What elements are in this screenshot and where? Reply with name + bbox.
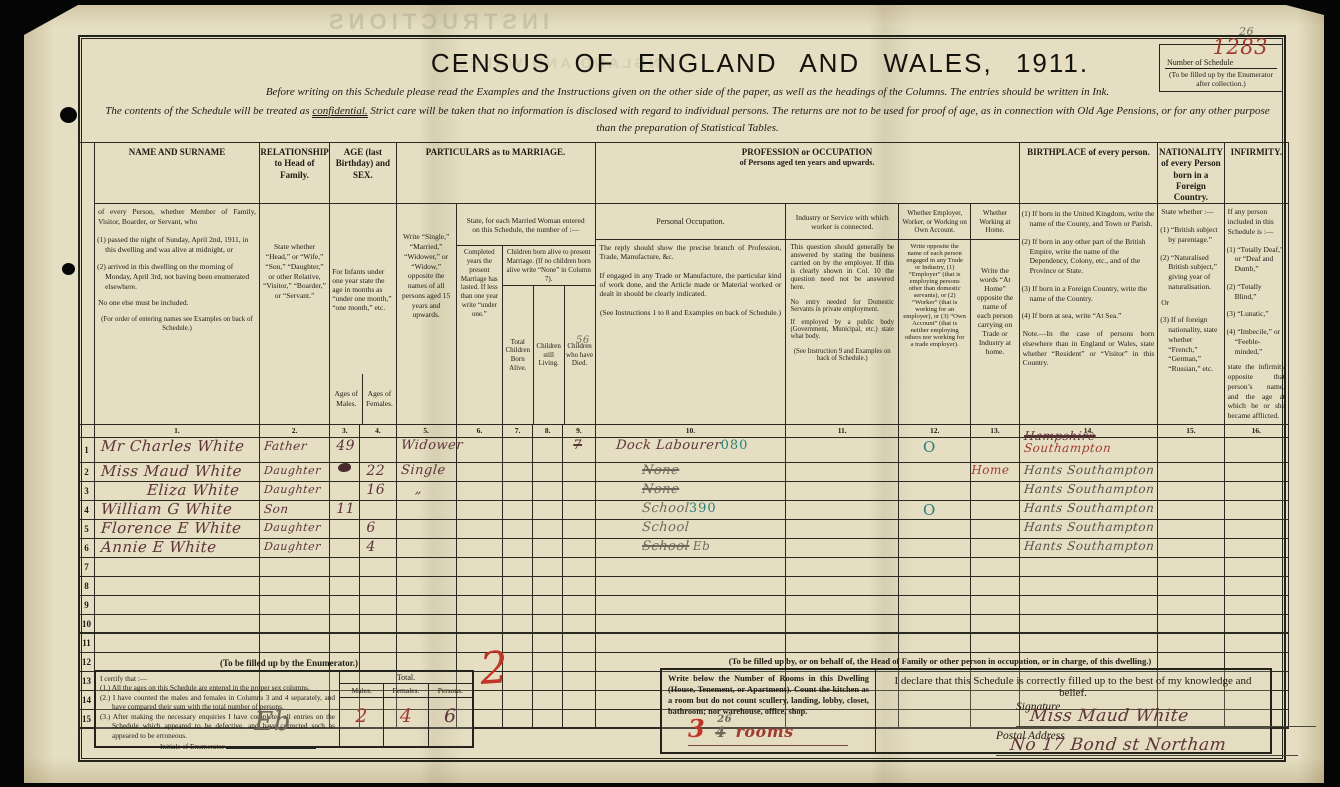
entry-relationship: Daughter (259, 463, 321, 479)
personal-occupation-subheader: Personal Occupation. (596, 204, 786, 240)
name-desc-p1: of every Person, whether Member of Famil… (95, 204, 259, 230)
declaration-cell: I declare that this Schedule is correctl… (876, 670, 1270, 752)
census-table: NAME AND SURNAME RELATIONSHIP to Head of… (78, 142, 1289, 729)
col-name-desc: of every Person, whether Member of Famil… (95, 204, 260, 425)
at-home-desc: Write the words “At Home” opposite the n… (971, 240, 1018, 359)
rooms-pencil-note: 26 (717, 713, 732, 726)
col-profession-title: PROFESSION or OCCUPATION of Persons aged… (595, 143, 1019, 204)
entry-birthplace: Hants Southampton (1019, 539, 1155, 553)
col-industry: Industry or Service with which worker is… (786, 204, 899, 425)
certify-item-2: (2.) I have counted the males and female… (100, 693, 335, 712)
entry-name: Annie E White (94, 539, 217, 556)
confidential-notice-line2: than the preparation of Statistical Tabl… (90, 122, 1285, 134)
age-females-subheader: Ages of Females. (363, 374, 395, 424)
census-schedule-paper: INSTRUCTIONS ENGLAND AND WALES Number of… (24, 5, 1324, 783)
entry-relationship: Daughter (259, 520, 321, 536)
name-desc-p4: No one else must be included. (95, 295, 259, 311)
rooms-text: Write below the Number of Rooms in this … (668, 674, 869, 716)
entry-age-female: 16 (360, 482, 385, 498)
employer-subheader: Whether Employer, Worker, or Working on … (899, 204, 970, 240)
children-born-subheader: Total Children Born Alive. (503, 286, 534, 424)
relationship-desc: State whether “Head,” or “Wife,” “Son,” … (260, 204, 329, 304)
confidential-pre: The contents of the Schedule will be tre… (105, 105, 312, 117)
birthplace-p4: (4) If born at sea, write “At Sea.” (1020, 308, 1158, 324)
totals-males-value: 2 (355, 705, 368, 727)
enumerator-certification: I certify that :— (1.) All the ages on t… (96, 672, 340, 746)
confidential-word: confidential. (312, 105, 367, 118)
nationality-p4: Or (1158, 295, 1223, 311)
name-desc-p5: (For order of entering names see Example… (95, 312, 259, 336)
col-married-woman-group: State, for each Married Woman entered on… (456, 204, 595, 425)
household-box: Write below the Number of Rooms in this … (660, 668, 1272, 754)
col-infirmity-title: INFIRMITY. (1224, 143, 1288, 204)
entry-occupation: School (595, 539, 690, 554)
nationality-p5: (3) If of foreign nationality, state whe… (1158, 312, 1223, 377)
entry-age-male: 49 (330, 438, 355, 454)
entry-name: William G White (94, 501, 233, 518)
address-handwritten: No 17 Bond st Northam (1009, 735, 1227, 755)
rooms-word: rooms (735, 722, 793, 741)
table-row: 9 (79, 595, 1289, 614)
printed-border-frame: Number of Schedule (To be filled up by t… (78, 35, 1286, 762)
industry-p3: If employed by a public body (Government… (786, 316, 898, 343)
confidential-post: Strict care will be taken that no inform… (368, 105, 1270, 117)
employer-desc: Write opposite the name of each person e… (899, 240, 970, 351)
entry-age-male: 11 (330, 501, 355, 517)
col-relationship-desc: State whether “Head,” or “Wife,” “Son,” … (259, 204, 329, 425)
entry-birthplace: Hampshire Southampton (1020, 429, 1158, 453)
entry-name: Miss Maud White (94, 463, 242, 480)
infirmity-p6: state the infirmity opposite that person… (1225, 359, 1288, 424)
entry-marriage: Widower (396, 438, 463, 454)
personal-occ-p1: The reply should show the precise branch… (596, 240, 786, 264)
enumerator-note: Eb (689, 539, 710, 553)
married-woman-desc: State, for each Married Woman entered on… (457, 204, 595, 246)
entry-birthplace: Hants Southampton (1019, 482, 1155, 496)
nationality-p3: (2) “Naturalised British subject,” givin… (1158, 250, 1223, 295)
birthplace-p2: (2) If born in any other part of the Bri… (1020, 234, 1158, 279)
entry-relationship: Father (259, 438, 308, 454)
infirmity-p3: (2) “Totally Blind,” (1225, 279, 1288, 305)
children-group-desc: Children born alive to present Marriage.… (503, 246, 595, 286)
rooms-struck-number: 264 (715, 725, 725, 741)
industry-subheader: Industry or Service with which worker is… (786, 204, 898, 240)
address-row: Postal Address No 17 Bond st Northam (996, 730, 1298, 756)
entry-birthplace-correction: Southampton (1019, 441, 1112, 455)
at-home-subheader: Whether Working at Home. (971, 204, 1018, 240)
entry-age-female: 6 (360, 520, 375, 536)
confidential-notice: The contents of the Schedule will be tre… (90, 105, 1285, 117)
rooms-handwritten: 3264rooms (688, 713, 848, 746)
row-number-column-header (79, 143, 95, 425)
table-row: 7 (79, 557, 1289, 576)
entry-name: Florence E White (94, 520, 242, 537)
table-row: 2 Miss Maud White Daughter 22 Single Non… (79, 462, 1289, 481)
punch-hole (62, 263, 75, 275)
industry-p4: (See Instruction 9 and Examples on back … (786, 345, 898, 365)
totals-table: Total. Males. Females. Persons. 2 4 6 (340, 672, 472, 746)
certify-item-1: (1.) All the ages on this Schedule are e… (100, 683, 335, 692)
col-marriage-title: PARTICULARS as to MARRIAGE. (396, 143, 595, 204)
entry-occupation: School (595, 520, 690, 535)
entry-occupation: Dock Labourer (595, 438, 721, 453)
table-row: 4 William G White Son 11 School390 O Han… (79, 500, 1289, 519)
industry-p1: This question should generally be answer… (786, 240, 898, 294)
col-personal-occupation: Personal Occupation. The reply should sh… (595, 204, 786, 425)
rooms-instruction: Write below the Number of Rooms in this … (662, 670, 876, 752)
profession-title-line: PROFESSION or OCCUPATION (596, 147, 1019, 158)
document-subtitle: Before writing on this Schedule please r… (90, 86, 1285, 98)
table-row: 8 (79, 576, 1289, 595)
enumerator-section-heading: (To be filled up by the Enumerator.) (108, 658, 470, 668)
col-age-desc: For Infants under one year state the age… (330, 204, 396, 425)
col-at-home: Whether Working at Home. Write the words… (971, 204, 1019, 425)
entry-children-died-mark: 7 (563, 438, 582, 453)
clerk-code: 080 (721, 438, 749, 453)
certify-intro: I certify that :— (100, 674, 335, 683)
entry-occupation: None (595, 482, 680, 497)
totals-females-value: 4 (400, 705, 413, 727)
marriage-years-desc: Completed years the present Marriage has… (457, 246, 503, 424)
totals-males-label: Males. (340, 684, 384, 697)
entry-age-female: 22 (360, 463, 385, 479)
age-males-subheader: Ages of Males. (330, 374, 363, 424)
entry-age-female: 4 (360, 539, 375, 555)
entry-relationship: Son (259, 501, 289, 517)
personal-occ-p3: (See Instructions 1 to 8 and Examples on… (596, 305, 786, 320)
col-nationality-title: NATIONALITY of every Person born in a Fo… (1158, 143, 1224, 204)
certify-item-3: (3.) After making the necessary enquirie… (100, 712, 335, 740)
profession-subtitle-line: of Persons aged ten years and upwards. (596, 158, 1019, 168)
infirmity-p1: If any person included in this Schedule … (1225, 204, 1288, 239)
entry-relationship: Daughter (259, 539, 321, 555)
enumerator-box: I certify that :— (1.) All the ages on t… (94, 670, 474, 748)
industry-p2: No entry needed for Domestic Servants in… (786, 296, 898, 316)
col-relationship-title: RELATIONSHIP to Head of Family. (259, 143, 329, 204)
entry-occupation: None (595, 463, 680, 478)
table-row: 10 (79, 614, 1289, 633)
totals-females-label: Females. (384, 684, 428, 697)
entry-at-home: Home (971, 463, 1009, 477)
clerk-code: 390 (689, 501, 717, 516)
address-line: No 17 Bond st Northam (996, 742, 1298, 756)
entry-birthplace: Hants Southampton (1019, 501, 1155, 515)
totals-persons-label: Persons. (429, 684, 472, 697)
schedule-number-pencil-note: 26 (1239, 25, 1254, 38)
rooms-number: 3 (688, 714, 705, 743)
document-title: CENSUS OF ENGLAND AND WALES, 1911. (240, 48, 1280, 79)
entry-name: Mr Charles White (94, 438, 245, 455)
initials-line: Initials of Enumerator (100, 742, 335, 751)
screenshot-root: { "page": { "title": "CENSUS OF ENGLAND … (0, 0, 1340, 787)
entry-birthplace: Hants Southampton (1019, 463, 1155, 477)
totals-header: Total. (340, 672, 472, 684)
col-single-desc: Write “Single,” “Married,” “Widower,” or… (396, 204, 456, 425)
initials-rule (226, 748, 316, 749)
entry-relationship: Daughter (259, 482, 321, 498)
marriage-single-desc: Write “Single,” “Married,” “Widower,” or… (397, 204, 456, 323)
clerk-employer-mark: O (899, 438, 936, 456)
col-infirmity-desc: If any person included in this Schedule … (1224, 204, 1288, 425)
entry-marriage-ditto: „ (396, 482, 423, 498)
bleed-through-text: INSTRUCTIONS (324, 9, 549, 35)
col-age-title: AGE (last Birthday) and SEX. (330, 143, 396, 204)
ink-blot (338, 463, 351, 472)
col-birthplace-title: BIRTHPLACE of every person. (1019, 143, 1158, 204)
declaration-text: I declare that this Schedule is correctl… (886, 675, 1260, 699)
nationality-p1: State whether :— (1158, 204, 1223, 220)
infirmity-p5: (4) “Imbecile,” or “Feeble-minded,” (1225, 324, 1288, 359)
entry-marriage: Single (396, 463, 446, 479)
table-row: 11 (79, 633, 1289, 652)
birthplace-p3: (3) If born in a Foreign Country, write … (1020, 281, 1158, 307)
age-infants-desc: For Infants under one year state the age… (330, 204, 395, 374)
infirmity-p4: (3) “Lunatic,” (1225, 306, 1288, 322)
col-nationality-desc: State whether :— (1) “British subject by… (1158, 204, 1224, 425)
table-row: 1 Mr Charles White Father 49 Widower 7 D… (79, 437, 1289, 462)
children-died-subheader: Children who have Died. (565, 286, 595, 424)
red-check-numeral: 2 (478, 644, 510, 694)
birthplace-note: Note.—In the case of persons born elsewh… (1020, 326, 1158, 371)
signature-handwritten: Miss Maud White (1029, 706, 1190, 726)
personal-occ-p2: If engaged in any Trade or Manufacture, … (596, 268, 786, 301)
table-row: 6 Annie E White Daughter 4 SchoolEb Hant… (79, 538, 1289, 557)
table-row: 3 Eliza White Daughter 16 „ None Hants S… (79, 481, 1289, 500)
enumerator-initials-handwritten: Eb (254, 706, 291, 740)
birthplace-p1: (1) If born in the United Kingdom, write… (1020, 206, 1158, 232)
col-birthplace-desc: (1) If born in the United Kingdom, write… (1019, 204, 1158, 425)
clerk-employer-mark: O (899, 501, 936, 519)
col-name-title: NAME AND SURNAME (95, 143, 260, 204)
totals-persons-value: 6 (444, 705, 457, 727)
table-row: 5 Florence E White Daughter 6 School Han… (79, 519, 1289, 538)
col-employer: Whether Employer, Worker, or Working on … (898, 204, 970, 425)
children-living-subheader: Children still Living. (534, 286, 565, 424)
household-section-heading: (To be filled up by, or on behalf of, th… (608, 656, 1272, 666)
nationality-p2: (1) “British subject by parentage.” (1158, 222, 1223, 248)
punch-hole (60, 107, 77, 123)
signature-line: Miss Maud White (1016, 713, 1316, 727)
signature-row: Signature Miss Maud White (1016, 701, 1316, 727)
entry-birthplace: Hants Southampton (1019, 520, 1155, 534)
initials-label: Initials of Enumerator (160, 742, 224, 751)
infirmity-p2: (1) “Totally Deaf,” or “Deaf and Dumb,” (1225, 242, 1288, 277)
entry-name: Eliza White (94, 482, 240, 499)
name-desc-p2: (1) passed the night of Sunday, April 2n… (95, 232, 259, 258)
name-desc-p3: (2) arrived in this dwelling on the morn… (95, 259, 259, 294)
entry-occupation: School (595, 501, 690, 516)
